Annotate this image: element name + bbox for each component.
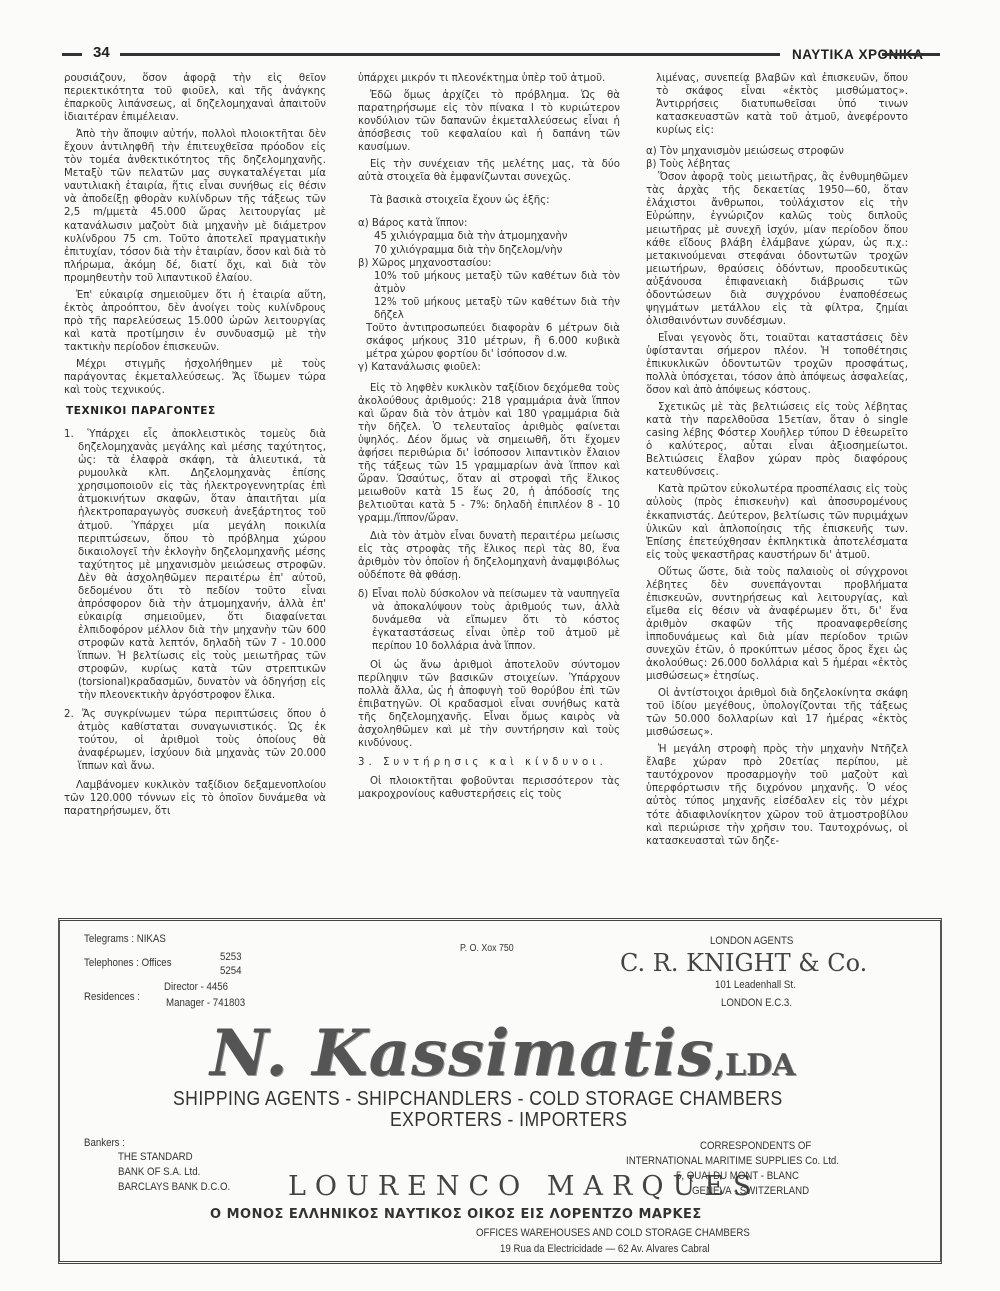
offices-line: OFFICES WAREHOUSES AND COLD STORAGE CHAM… <box>476 1227 750 1239</box>
section-heading: 3. Συντήρησις καὶ κίνδυνοι. <box>358 756 620 769</box>
paragraph: λιμένας, συνεπείᾳ βλαβῶν καὶ ἐπισκευῶν, … <box>646 72 908 137</box>
paragraph: Ἐδῶ ὅμως ἀρχίζει τὸ πρόβλημα. Ὡς θὰ παρα… <box>358 89 620 154</box>
office-phone-1: 5253 <box>220 951 242 963</box>
page-header: 34 ΝΑΥΤΙΚΑ ΧΡΟΝΙΚΑ <box>62 44 940 68</box>
company-name: N. Kassimatis <box>210 1016 715 1091</box>
correspondents-label: CORRESPONDENTS OF <box>700 1140 811 1152</box>
numbered-item: 2. Ἄς συγκρίνωμεν τώρα περιπτώσεις ὅπου … <box>64 708 326 773</box>
residences-label: Residences : <box>84 991 140 1003</box>
list-item-label: α) Βάρος κατὰ ἵππον: <box>358 217 620 230</box>
list-sub-item: 10% τοῦ μήκους μεταξὺ τῶν καθέτων διὰ τὸ… <box>358 270 620 296</box>
article-body: ρουσιάζουν, ὅσον ἀφορᾷ τὴν εἰς θεῖον περ… <box>62 72 912 912</box>
numbered-item: 1. Ὑπάρχει εἷς ἀποκλειστικὸς τομεὺς διὰ … <box>64 428 326 702</box>
paragraph: Οἱ πλοιοκτῆται φοβοῦνται περισσότερον τὰ… <box>358 775 620 801</box>
header-rule-left <box>62 53 82 56</box>
list-sub-item: Τοῦτο ἀντιπροσωπεύει διαφορὰν 6 μέτρων δ… <box>358 322 620 361</box>
director-phone: Director - 4456 <box>164 981 228 993</box>
list-sub-item: 12% τοῦ μήκους μεταξὺ τῶν καθέτων διὰ τὴ… <box>358 296 620 322</box>
list-item-label: β) Χῶρος μηχανοστασίου: <box>358 257 620 270</box>
paragraph: Οἱ ἀντίστοιχοι ἀριθμοὶ διὰ δηζελοκίνητα … <box>646 687 908 739</box>
column-2: ὑπάρχει μικρόν τι πλεονέκτημα ὑπὲρ τοῦ ἀ… <box>358 72 620 805</box>
telegrams-line: Telegrams : NIKAS <box>84 933 166 945</box>
list-sub-item: 45 χιλιόγραμμα διὰ τὴν ἀτμομηχανὴν <box>358 230 620 243</box>
paragraph: Μέχρι στιγμῆς ἠσχολήθημεν μὲ τοὺς παράγο… <box>64 358 326 397</box>
paragraph: Διὰ τὸν ἀτμὸν εἶναι δυνατὴ περαιτέρω μεί… <box>358 530 620 582</box>
paragraph: Εἰς τὴν συνέχειαν τῆς μελέτης μας, τὰ δύ… <box>358 158 620 184</box>
company-logo: N. Kassimatis,LDA <box>210 1016 795 1091</box>
address-line: 19 Rua da Electricidade — 62 Av. Alvares… <box>500 1243 709 1255</box>
office-phone-2: 5254 <box>220 965 242 977</box>
telephones-label: Telephones : Offices <box>84 957 172 969</box>
correspondent-name: INTERNATIONAL MARITIME SUPPLIES Co. Ltd. <box>626 1155 839 1167</box>
london-address-1: 101 Leadenhall St. <box>715 979 796 991</box>
manager-phone: Manager - 741803 <box>166 997 245 1009</box>
advertisement-box: Telegrams : NIKAS Telephones : Offices 5… <box>58 918 942 1264</box>
page-number: 34 <box>93 44 110 61</box>
company-suffix: ,LDA <box>715 1048 796 1083</box>
paragraph: Τὰ βασικὰ στοιχεῖα ἔχουν ὡς ἑξῆς: <box>358 194 620 207</box>
paragraph: Εἰς τὸ ληφθὲν κυκλικὸν ταξίδιον δεχόμεθα… <box>358 382 620 526</box>
paragraph: Σχετικῶς μὲ τὰς βελτιώσεις εἰς τοὺς λέβη… <box>646 401 908 479</box>
bankers-label: Bankers : <box>84 1137 125 1149</box>
paragraph: Λαμβάνομεν κυκλικὸν ταξίδιον δεξαμενοπλο… <box>64 779 326 818</box>
list-item: α) Τὸν μηχανισμὸν μειώσεως στροφῶν <box>646 145 908 158</box>
greek-tagline: Ο ΜΟΝΟΣ ΕΛΛΗΝΙΚΟΣ ΝΑΥΤΙΚΟΣ ΟΙΚΟΣ ΕΙΣ ΛΟΡ… <box>210 1207 702 1222</box>
services-line-2: EXPORTERS - IMPORTERS <box>390 1109 627 1132</box>
correspondent-address-1: 5, QUAI DU MONT - BLANC <box>676 1170 799 1182</box>
bank-2: BANK OF S.A. Ltd. <box>118 1166 200 1178</box>
po-box: P. O. Xox 750 <box>460 943 514 954</box>
paragraph: Ἀπὸ τὴν ἄποψιν αὐτήν, πολλοὶ πλοιοκτῆται… <box>64 128 326 285</box>
list-item-label: γ) Κατανάλωσις φιοῦελ: <box>358 361 620 374</box>
services-line-1: SHIPPING AGENTS - SHIPCHANDLERS - COLD S… <box>173 1088 783 1111</box>
list-item: δ) Εἶναι πολὺ δύσκολον νὰ πείσωμεν τὰ να… <box>358 588 620 653</box>
correspondent-address-2: GENEVA - SWITZERLAND <box>692 1185 809 1197</box>
paragraph: Κατὰ πρῶτον εὐκολωτέρα προσπέλασις εἰς τ… <box>646 483 908 561</box>
list-sub-item: 70 χιλιόγραμμα διὰ τὴν δηζελομ/νὴν <box>358 244 620 257</box>
paragraph: Οἱ ὡς ἄνω ἀριθμοὶ ἀποτελοῦν σύντομον περ… <box>358 659 620 750</box>
bank-1: THE STANDARD <box>118 1151 193 1163</box>
column-1: ρουσιάζουν, ὅσον ἀφορᾷ τὴν εἰς θεῖον περ… <box>64 72 326 823</box>
paragraph: Εἶναι γεγονὸς ὅτι, τοιαῦται καταστάσεις … <box>646 332 908 397</box>
header-rule-right <box>882 53 940 56</box>
paragraph: Οὕτως ὥστε, διὰ τοὺς παλαιοὺς οἱ σύγχρον… <box>646 566 908 683</box>
london-agents-label: LONDON AGENTS <box>710 935 793 947</box>
bank-3: BARCLAYS BANK D.C.O. <box>118 1181 230 1193</box>
paragraph: ρουσιάζουν, ὅσον ἀφορᾷ τὴν εἰς θεῖον περ… <box>64 72 326 124</box>
paragraph: ὑπάρχει μικρόν τι πλεονέκτημα ὑπὲρ τοῦ ἀ… <box>358 72 620 85</box>
paragraph: Ὅσον ἀφορᾷ τοὺς μειωτῆρας, ἂς ἐνθυμηθῶμε… <box>646 171 908 328</box>
section-heading: ΤΕΧΝΙΚΟΙ ΠΑΡΑΓΟΝΤΕΣ <box>66 405 326 418</box>
column-3: λιμένας, συνεπείᾳ βλαβῶν καὶ ἐπισκευῶν, … <box>646 72 908 852</box>
list-item: β) Τοὺς λέβητας <box>646 158 908 171</box>
london-agent-name: C. R. KNIGHT & Co. <box>620 949 867 977</box>
paragraph: Ἐπ' εὐκαιρίᾳ σημειοῦμεν ὅτι ἡ ἑταιρία αὕ… <box>64 289 326 354</box>
london-address-2: LONDON E.C.3. <box>721 997 792 1009</box>
header-rule-middle <box>120 53 780 56</box>
paragraph: Ἡ μεγάλη στροφὴ πρὸς τὴν μηχανὴν Ντῆζελ … <box>646 743 908 847</box>
